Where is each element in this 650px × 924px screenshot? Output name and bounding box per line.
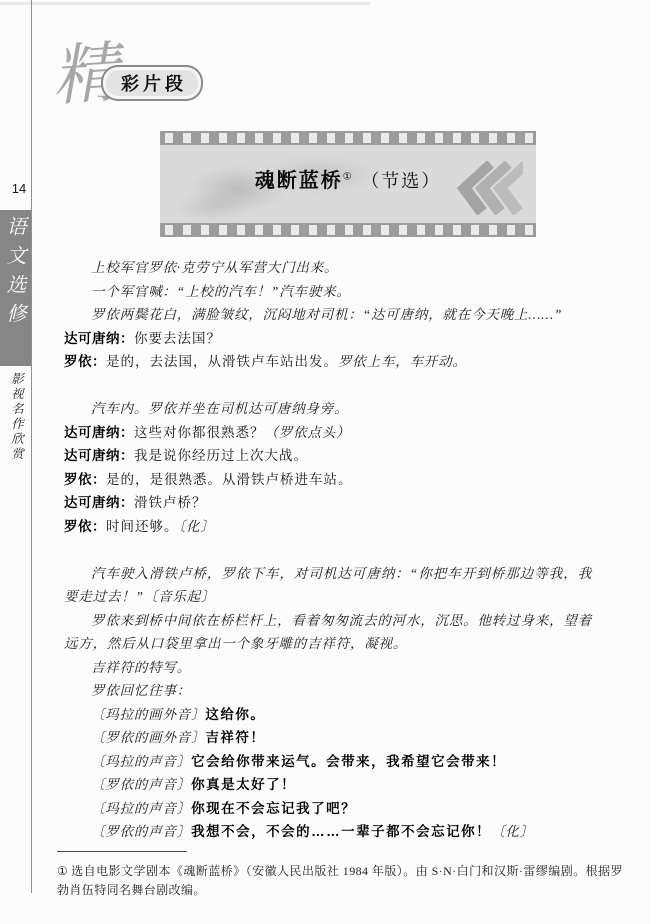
stage-direction: 〔罗依的画外音〕	[91, 730, 205, 745]
stage-direction: 〔玛拉的声音〕	[91, 801, 191, 816]
voiceover-dialogue: 你现在不会忘记我了吧？	[191, 801, 356, 816]
footnote-separator	[57, 851, 187, 852]
stage-direction: 汽车驶入滑铁卢桥，罗依下车，对司机达可唐纳：“你把车开到桥那边等我，我要走过去！…	[64, 566, 592, 605]
dialogue-text: 你要去法国？	[134, 331, 221, 346]
dialogue-text: 滑铁卢桥？	[134, 495, 207, 510]
script-line: 吉祥符的特写。	[64, 656, 592, 680]
stage-direction: 罗依回忆往事：	[91, 683, 191, 698]
script-text: 上校军官罗依·克劳宁从军营大门出来。一个军官喊：“上校的汽车！”汽车驶来。罗依两…	[64, 256, 592, 844]
rewind-chevrons-icon	[453, 161, 523, 215]
stage-direction: 一个军官喊：“上校的汽车！”汽车驶来。	[91, 284, 351, 299]
stage-direction: 〔玛拉的画外音〕	[91, 707, 205, 722]
book-page: 14 语文选修 影视名作欣赏 精 彩片段 魂断蓝桥① （节选） 上校军官罗依·克…	[0, 0, 650, 924]
script-line: 一个军官喊：“上校的汽车！”汽车驶来。	[64, 280, 592, 304]
footnote-ref-mark: ①	[343, 171, 354, 182]
sidebar-subtitle: 影视名作欣赏	[8, 372, 26, 462]
excerpt-title-text: 魂断蓝桥	[255, 170, 343, 192]
script-line: 罗依回忆往事：	[64, 679, 592, 703]
footnote: ①选自电影文学剧本《魂断蓝桥》（安徽人民出版社 1984 年版）。由 S·N·白…	[57, 862, 623, 899]
stage-direction: 罗依来到桥中间依在桥栏杆上，看着匆匆流去的河水，沉思。他转过身来，望着远方，然后…	[64, 613, 592, 652]
stage-direction: 上校军官罗依·克劳宁从军营大门出来。	[91, 260, 338, 275]
stage-direction: 吉祥符的特写。	[91, 660, 191, 675]
stage-direction: 〔化〕	[491, 824, 534, 839]
speaker-name: 罗依：	[64, 354, 106, 369]
sidebar-divider	[31, 0, 32, 893]
script-block: 汽车驶入滑铁卢桥，罗依下车，对司机达可唐纳：“你把车开到桥那边等我，我要走过去！…	[64, 562, 592, 844]
script-line: 〔玛拉的声音〕你现在不会忘记我了吧？	[64, 797, 592, 821]
dialogue-text: 时间还够。	[106, 519, 179, 534]
film-strip-banner: 魂断蓝桥① （节选）	[160, 131, 536, 237]
script-block: 上校军官罗依·克劳宁从军营大门出来。一个军官喊：“上校的汽车！”汽车驶来。罗依两…	[64, 256, 592, 374]
stage-direction: 〔玛拉的声音〕	[91, 754, 191, 769]
stage-direction: （罗依点头）	[265, 425, 351, 440]
script-line: 〔罗依的声音〕我想不会，不会的……一辈子都不会忘记你！〔化〕	[64, 820, 592, 844]
dialogue-text: 这些对你都很熟悉？	[134, 425, 265, 440]
dialogue-text: 我是说你经历过上次大战。	[134, 448, 308, 463]
script-line: 达可唐纳：滑铁卢桥？	[64, 491, 592, 515]
dialogue-text: 是的，去法国，从滑铁卢车站出发。	[106, 354, 338, 369]
script-line: 罗依两鬓花白，满脸皱纹，沉闷地对司机：“达可唐纳，就在今天晚上……”	[64, 303, 592, 327]
film-perforation-icon	[160, 131, 536, 145]
stage-direction: 汽车内。罗依并坐在司机达可唐纳身旁。	[91, 401, 348, 416]
speaker-name: 达可唐纳：	[64, 448, 134, 463]
footnote-text: 选自电影文学剧本《魂断蓝桥》（安徽人民出版社 1984 年版）。由 S·N·白门…	[57, 864, 623, 897]
voiceover-dialogue: 吉祥符！	[205, 730, 265, 745]
series-title-box: 语文选修	[0, 210, 31, 366]
film-perforation-icon	[160, 223, 536, 237]
voiceover-dialogue: 它会给你带来运气。会带来，我希望它会带来！	[191, 754, 506, 769]
script-line: 达可唐纳：我是说你经历过上次大战。	[64, 444, 592, 468]
section-title-label: 彩片段	[117, 70, 187, 96]
script-line: 〔罗依的声音〕你真是太好了！	[64, 773, 592, 797]
stage-direction: 〔罗依的声音〕	[91, 777, 191, 792]
stage-direction: 罗依两鬓花白，满脸皱纹，沉闷地对司机：“达可唐纳，就在今天晚上……”	[91, 307, 562, 322]
script-line: 汽车驶入滑铁卢桥，罗依下车，对司机达可唐纳：“你把车开到桥那边等我，我要走过去！…	[64, 562, 592, 609]
footnote-marker: ①	[57, 864, 68, 878]
voiceover-dialogue: 你真是太好了！	[191, 777, 296, 792]
script-line: 上校军官罗依·克劳宁从军营大门出来。	[64, 256, 592, 280]
script-line: 〔罗依的画外音〕吉祥符！	[64, 726, 592, 750]
script-line: 罗依来到桥中间依在桥栏杆上，看着匆匆流去的河水，沉思。他转过身来，望着远方，然后…	[64, 609, 592, 656]
speaker-name: 罗依：	[64, 472, 106, 487]
stage-direction: 〔化〕	[179, 519, 215, 534]
script-line: 〔玛拉的画外音〕这给你。	[64, 703, 592, 727]
stage-direction: 〔罗依的声音〕	[91, 824, 191, 839]
script-line: 〔玛拉的声音〕它会给你带来运气。会带来，我希望它会带来！	[64, 750, 592, 774]
script-line: 罗依：时间还够。〔化〕	[64, 515, 592, 539]
voiceover-dialogue: 这给你。	[205, 707, 265, 722]
voiceover-dialogue: 我想不会，不会的……一辈子都不会忘记你！	[191, 824, 491, 839]
speaker-name: 达可唐纳：	[64, 425, 134, 440]
speaker-name: 达可唐纳：	[64, 495, 134, 510]
stage-direction: 罗依上车，车开动。	[338, 354, 467, 369]
sidebar-subtitle-box: 影视名作欣赏	[2, 372, 31, 462]
script-line: 达可唐纳：你要去法国？	[64, 327, 592, 351]
script-line: 罗依：是的，是很熟悉。从滑铁卢桥进车站。	[64, 468, 592, 492]
scan-artifact	[0, 2, 370, 5]
script-line: 罗依：是的，去法国，从滑铁卢车站出发。罗依上车，车开动。	[64, 350, 592, 374]
page-number: 14	[8, 181, 30, 196]
dialogue-text: 是的，是很熟悉。从滑铁卢桥进车站。	[106, 472, 353, 487]
excerpt-title-suffix: （节选）	[361, 171, 441, 191]
script-block: 汽车内。罗依并坐在司机达可唐纳身旁。达可唐纳：这些对你都很熟悉？（罗依点头）达可…	[64, 397, 592, 538]
series-title: 语文选修	[1, 216, 30, 332]
script-line: 达可唐纳：这些对你都很熟悉？（罗依点头）	[64, 421, 592, 445]
speaker-name: 罗依：	[64, 519, 106, 534]
speaker-name: 达可唐纳：	[64, 331, 134, 346]
script-line: 汽车内。罗依并坐在司机达可唐纳身旁。	[64, 397, 592, 421]
section-title-pill: 彩片段	[101, 65, 203, 101]
